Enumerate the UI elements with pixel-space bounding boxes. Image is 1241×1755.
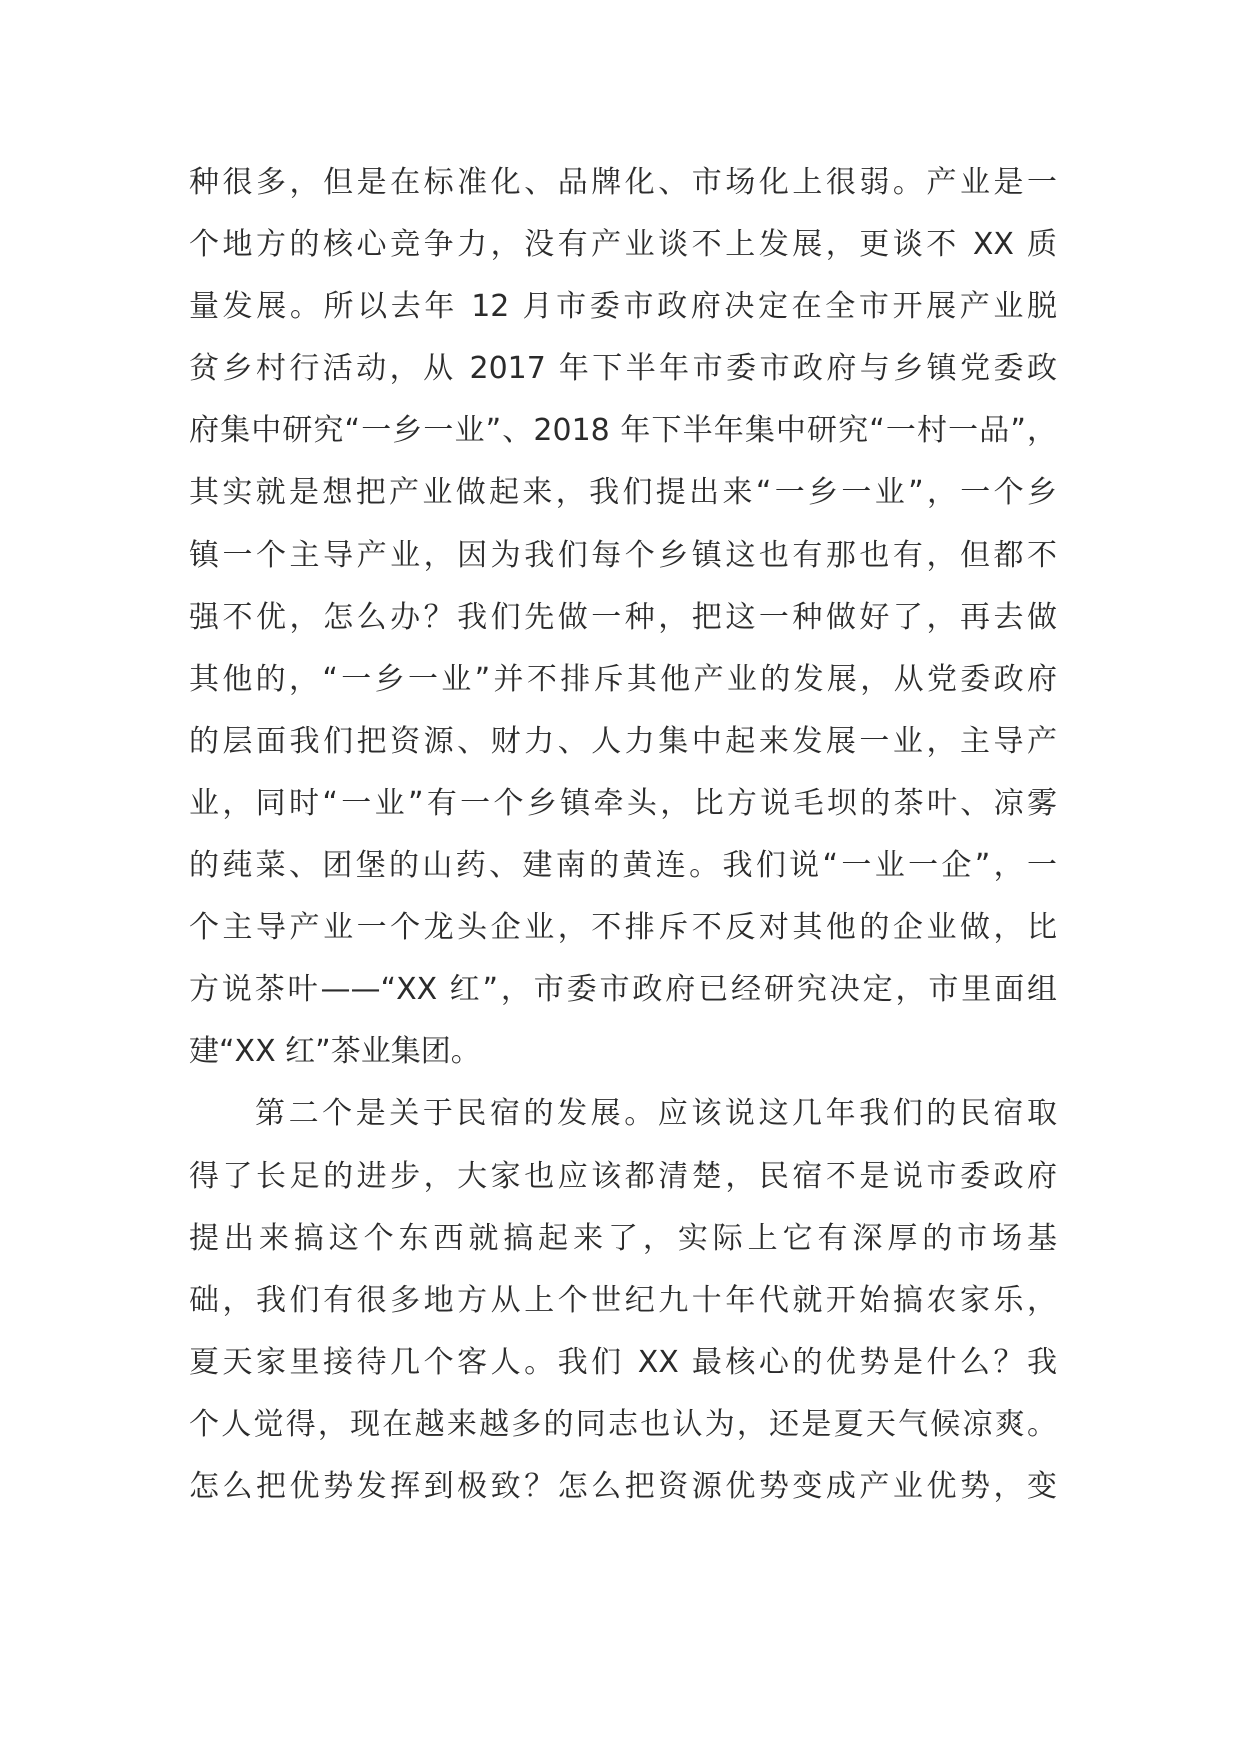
- text-line: 的莼菜、团堡的山药、建南的黄连。我们说“一业一企”，一: [189, 835, 1057, 897]
- text-line: 个地方的核心竞争力，没有产业谈不上发展，更谈不 XX 质: [189, 214, 1057, 276]
- body-text: 种很多，但是在标准化、品牌化、市场化上很弱。产业是一 个地方的核心竞争力，没有产…: [189, 152, 1057, 1518]
- text-line: 怎么把优势发挥到极致？怎么把资源优势变成产业优势，变: [189, 1456, 1057, 1518]
- text-line: 个主导产业一个龙头企业，不排斥不反对其他的企业做，比: [189, 897, 1057, 959]
- text-line: 方说茶叶——“XX 红”，市委市政府已经研究决定，市里面组: [189, 959, 1057, 1021]
- document-page: 种很多，但是在标准化、品牌化、市场化上很弱。产业是一 个地方的核心竞争力，没有产…: [0, 0, 1241, 1755]
- text-line: 的层面我们把资源、财力、人力集中起来发展一业，主导产: [189, 711, 1057, 773]
- text-line: 得了长足的进步，大家也应该都清楚，民宿不是说市委政府: [189, 1146, 1057, 1208]
- text-line: 提出来搞这个东西就搞起来了，实际上它有深厚的市场基: [189, 1208, 1057, 1270]
- text-line: 贫乡村行活动，从 2017 年下半年市委市政府与乡镇党委政: [189, 338, 1057, 400]
- text-line: 府集中研究“一乡一业”、2018 年下半年集中研究“一村一品”，: [189, 400, 1057, 462]
- text-line: 镇一个主导产业，因为我们每个乡镇这也有那也有，但都不: [189, 525, 1057, 587]
- text-line: 其实就是想把产业做起来，我们提出来“一乡一业”，一个乡: [189, 462, 1057, 524]
- text-line: 业，同时“一业”有一个乡镇牵头，比方说毛坝的茶叶、凉雾: [189, 773, 1057, 835]
- text-line: 种很多，但是在标准化、品牌化、市场化上很弱。产业是一: [189, 152, 1057, 214]
- paragraph-first-line: 第二个是关于民宿的发展。应该说这几年我们的民宿取: [189, 1083, 1057, 1145]
- text-line: 夏天家里接待几个客人。我们 XX 最核心的优势是什么？我: [189, 1332, 1057, 1394]
- text-line: 其他的，“一乡一业”并不排斥其他产业的发展，从党委政府: [189, 649, 1057, 711]
- text-line: 个人觉得，现在越来越多的同志也认为，还是夏天气候凉爽。: [189, 1394, 1057, 1456]
- text-line: 建“XX 红”茶业集团。: [189, 1021, 1057, 1083]
- text-line: 础，我们有很多地方从上个世纪九十年代就开始搞农家乐，: [189, 1270, 1057, 1332]
- text-line: 强不优，怎么办？我们先做一种，把这一种做好了，再去做: [189, 587, 1057, 649]
- text-line: 量发展。所以去年 12 月市委市政府决定在全市开展产业脱: [189, 276, 1057, 338]
